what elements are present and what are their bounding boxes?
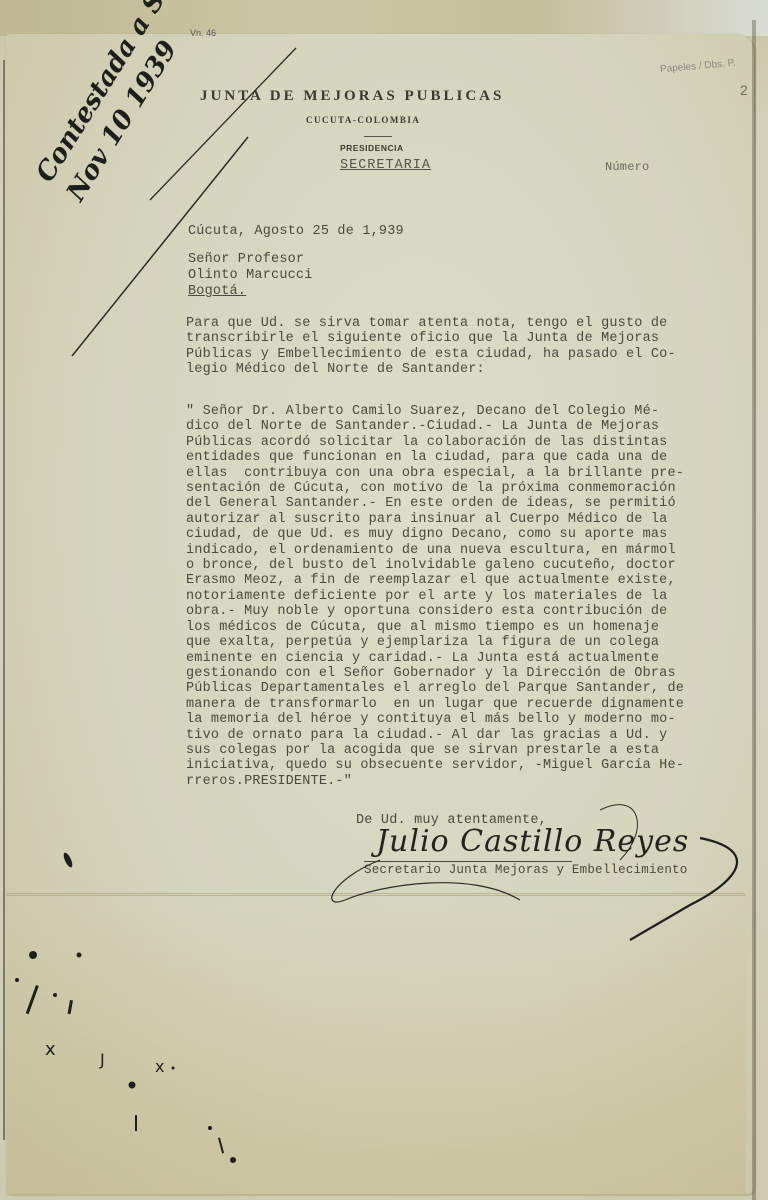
right-page-edge [752,20,756,1200]
signer-title: Secretario Junta Mejoras y Embellecimien… [364,863,687,877]
handwritten-signature: Julio Castillo Reyes [376,824,689,859]
recipient-name: Olinto Marcucci [188,268,313,284]
paper-fold-lower [6,895,746,1196]
recipient-block: Señor Profesor Olinto Marcucci Bogotá. [188,252,313,300]
letterhead-divider [364,136,392,137]
signature-rule [364,861,572,862]
letterhead-location: CUCUTA-COLOMBIA [306,115,420,125]
recipient-city: Bogotá. [188,284,313,300]
department-label: SECRETARIA [340,158,431,173]
quoted-letter-paragraph: " Señor Dr. Alberto Camilo Suarez, Decan… [186,404,726,789]
intro-paragraph: Para que Ud. se sirva tomar atenta nota,… [186,316,726,378]
department-struck: PRESIDENCIA [340,143,404,153]
left-binding-edge [3,60,5,1140]
letter-date: Cúcuta, Agosto 25 de 1,939 [188,224,404,239]
fold-line [6,893,746,894]
number-label: Número [605,160,649,174]
recipient-title: Señor Profesor [188,252,313,268]
corner-page-number: 2 [740,82,748,98]
letterhead-organization: JUNTA DE MEJORAS PUBLICAS [200,88,580,105]
